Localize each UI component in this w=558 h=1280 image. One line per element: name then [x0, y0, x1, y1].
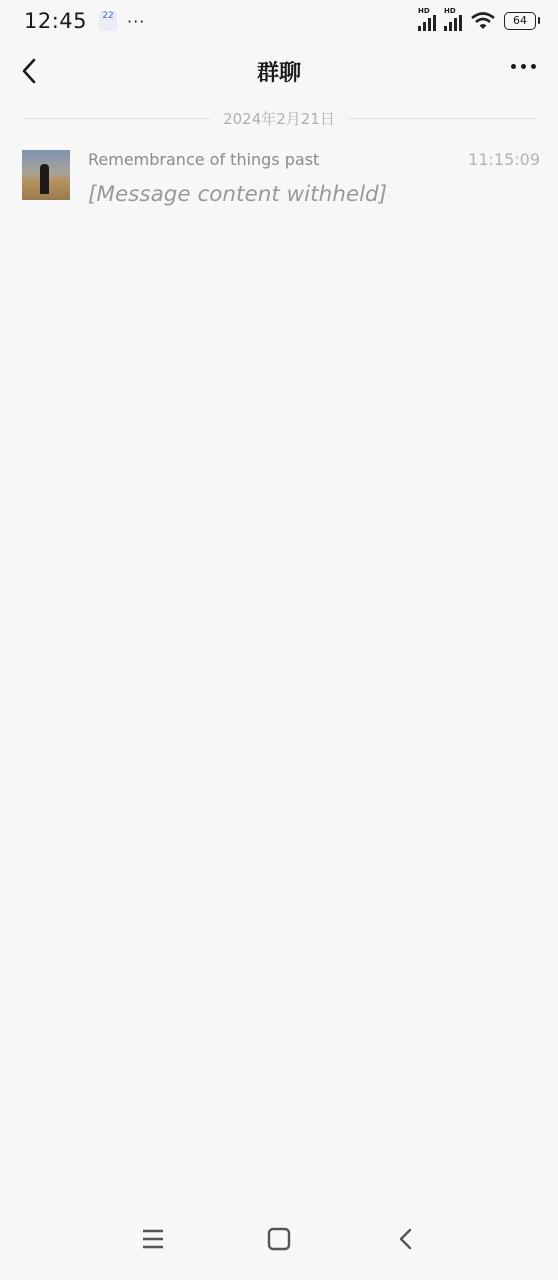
more-dot-icon: [521, 64, 526, 69]
back-triangle-icon[interactable]: [392, 1224, 422, 1254]
more-notifications-icon: ···: [127, 12, 145, 31]
cellular-signal-2-icon: HD: [444, 11, 462, 31]
back-button[interactable]: [16, 54, 46, 88]
chat-message[interactable]: Remembrance of things past 11:15:09 [Mes…: [22, 150, 540, 213]
date-label: 2024年2月21日: [223, 108, 335, 129]
message-timestamp: 11:15:09: [468, 150, 540, 169]
message-line: [Message content withheld]: [88, 178, 540, 213]
divider: [347, 118, 536, 119]
status-time: 12:45: [24, 9, 87, 33]
sender-avatar[interactable]: [22, 150, 70, 200]
menu-icon[interactable]: [138, 1224, 168, 1254]
more-options-button[interactable]: [511, 64, 536, 69]
status-indicators: HD HD 64: [418, 11, 536, 31]
chat-header: 群聊: [0, 42, 558, 100]
more-dot-icon: [511, 64, 516, 69]
status-bar: 12:45 22 ··· HD HD 64: [0, 0, 558, 42]
message-body[interactable]: [Message content withheld]: [88, 178, 540, 213]
date-separator: 2024年2月21日: [22, 106, 536, 130]
system-navigation-bar: [0, 1200, 558, 1280]
chat-title: 群聊: [257, 56, 301, 87]
more-dot-icon: [531, 64, 536, 69]
avatar-figure: [40, 164, 49, 194]
divider: [22, 118, 211, 119]
message-header: Remembrance of things past 11:15:09: [88, 150, 540, 176]
sender-name: Remembrance of things past: [88, 150, 319, 169]
cellular-signal-icon: HD: [418, 11, 436, 31]
wifi-icon: [470, 11, 496, 31]
calendar-notification-icon: 22: [99, 11, 117, 31]
home-square-icon[interactable]: [264, 1224, 294, 1254]
battery-icon: 64: [504, 12, 536, 30]
